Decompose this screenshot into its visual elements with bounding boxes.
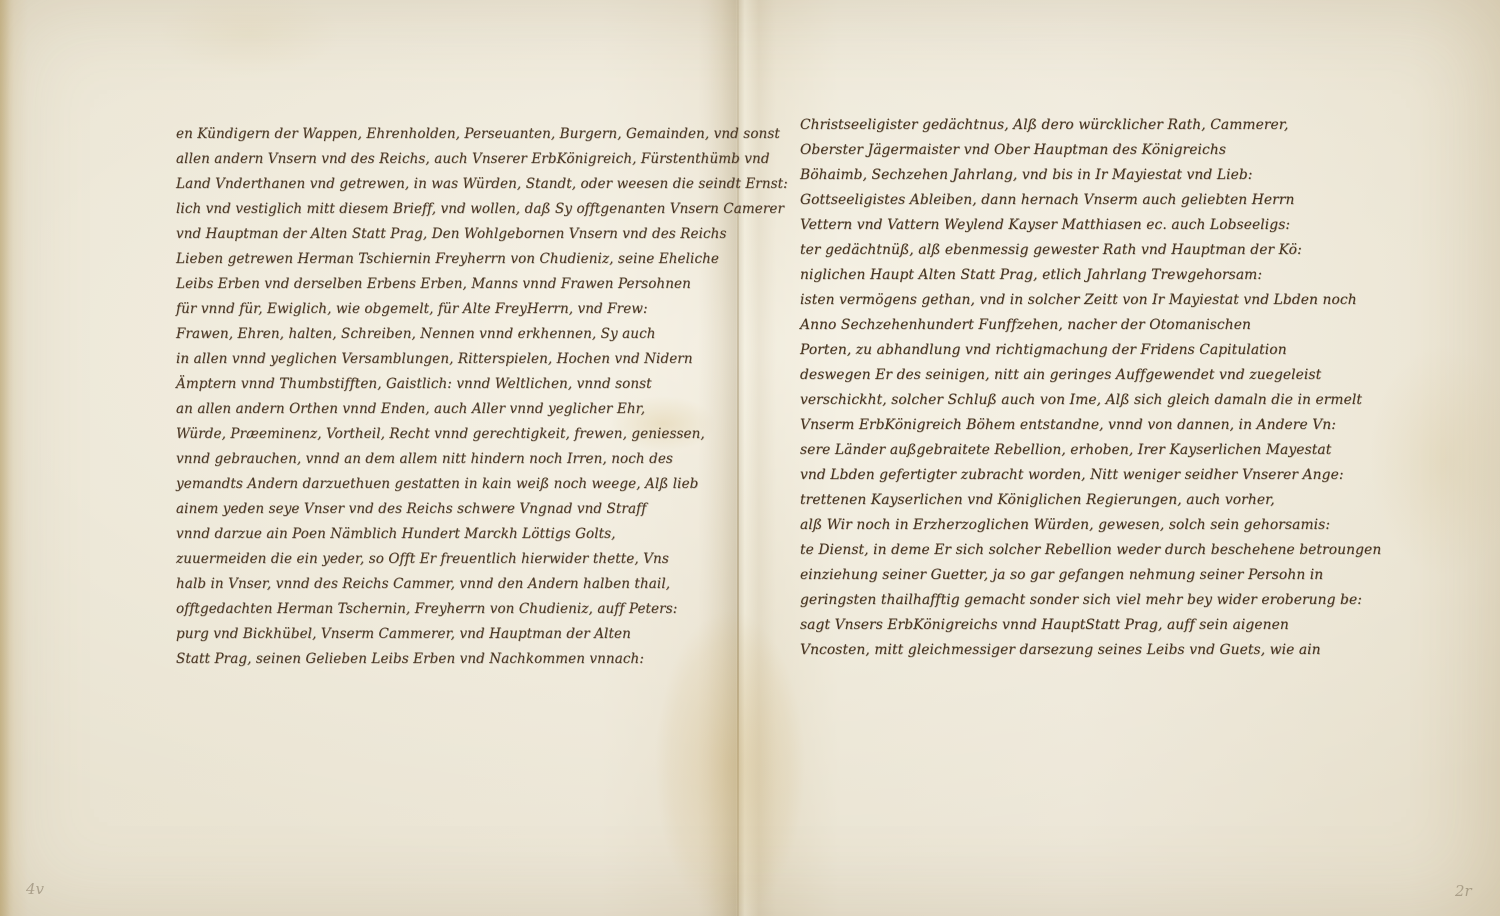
manuscript-line: ainem yeden seye Vnser vnd des Reichs sc… [176,497,721,522]
manuscript-line: Gottseeligistes Ableiben, dann hernach V… [800,188,1360,213]
parchment-stain [120,0,380,110]
manuscript-line: isten vermögens gethan, vnd in solcher Z… [800,288,1360,313]
manuscript-line: zuuermeiden die ein yeder, so Offt Er fr… [176,547,721,572]
manuscript-line: vnnd gebrauchen, vnnd an dem allem nitt … [176,447,721,472]
manuscript-line: offtgedachten Herman Tschernin, Freyherr… [176,597,721,622]
manuscript-spread: en Kündigern der Wappen, Ehrenholden, Pe… [0,0,1500,916]
manuscript-line: Würde, Præeminenz, Vortheil, Recht vnnd … [176,422,721,447]
manuscript-line: Christseeligister gedächtnus, Alß dero w… [800,113,1360,138]
manuscript-line: yemandts Andern darzuethuen gestatten in… [176,472,721,497]
manuscript-line: Lieben getrewen Herman Tschiernin Freyhe… [176,247,721,272]
manuscript-line: sagt Vnsers ErbKönigreichs vnnd HauptSta… [800,613,1360,638]
manuscript-line: Ämptern vnnd Thumbstifften, Gaistlich: v… [176,372,721,397]
folio-number-left: 4v [26,880,44,898]
manuscript-line: sere Länder außgebraitete Rebellion, erh… [800,438,1360,463]
manuscript-line: Leibs Erben vnd derselben Erbens Erben, … [176,272,721,297]
manuscript-line: vnd Lbden gefertigter zubracht worden, N… [800,463,1360,488]
manuscript-line: vnnd darzue ain Poen Nämblich Hundert Ma… [176,522,721,547]
manuscript-line: trettenen Kayserlichen vnd Königlichen R… [800,488,1360,513]
left-page-text-block: en Kündigern der Wappen, Ehrenholden, Pe… [176,122,721,672]
manuscript-line: alß Wir noch in Erzherzoglichen Würden, … [800,513,1360,538]
manuscript-line: niglichen Haupt Alten Statt Prag, etlich… [800,263,1360,288]
manuscript-line: te Dienst, in deme Er sich solcher Rebel… [800,538,1360,563]
manuscript-line: Böhaimb, Sechzehen Jahrlang, vnd bis in … [800,163,1360,188]
manuscript-line: Vnserm ErbKönigreich Böhem entstandne, v… [800,413,1360,438]
manuscript-line: Oberster Jägermaister vnd Ober Hauptman … [800,138,1360,163]
manuscript-line: halb in Vnser, vnnd des Reichs Cammer, v… [176,572,721,597]
manuscript-line: Frawen, Ehren, halten, Schreiben, Nennen… [176,322,721,347]
manuscript-line: Land Vnderthanen vnd getrewen, in was Wü… [176,172,721,197]
binding-edge [0,0,14,916]
folio-number-right: 2r [1455,882,1472,900]
manuscript-line: in allen vnnd yeglichen Versamblungen, R… [176,347,721,372]
manuscript-line: en Kündigern der Wappen, Ehrenholden, Pe… [176,122,721,147]
manuscript-line: lich vnd vestiglich mitt diesem Brieff, … [176,197,721,222]
manuscript-line: deswegen Er des seinigen, nitt ain gerin… [800,363,1360,388]
manuscript-line: Anno Sechzehenhundert Funffzehen, nacher… [800,313,1360,338]
manuscript-line: geringsten thailhafftig gemacht sonder s… [800,588,1360,613]
right-page-text-block: Christseeligister gedächtnus, Alß dero w… [800,113,1360,663]
manuscript-line: purg vnd Bickhübel, Vnserm Cammerer, vnd… [176,622,721,647]
manuscript-line: vnd Hauptman der Alten Statt Prag, Den W… [176,222,721,247]
manuscript-line: ter gedächtnüß, alß ebenmessig gewester … [800,238,1360,263]
manuscript-line: Porten, zu abhandlung vnd richtigmachung… [800,338,1360,363]
manuscript-line: Statt Prag, seinen Gelieben Leibs Erben … [176,647,721,672]
manuscript-line: an allen andern Orthen vnnd Enden, auch … [176,397,721,422]
manuscript-line: Vettern vnd Vattern Weylend Kayser Matth… [800,213,1360,238]
manuscript-line: verschickht, solcher Schluß auch von Ime… [800,388,1360,413]
manuscript-line: allen andern Vnsern vnd des Reichs, auch… [176,147,721,172]
manuscript-line: für vnnd für, Ewiglich, wie obgemelt, fü… [176,297,721,322]
manuscript-line: Vncosten, mitt gleichmessiger darsezung … [800,638,1360,663]
manuscript-line: einziehung seiner Guetter, ja so gar gef… [800,563,1360,588]
